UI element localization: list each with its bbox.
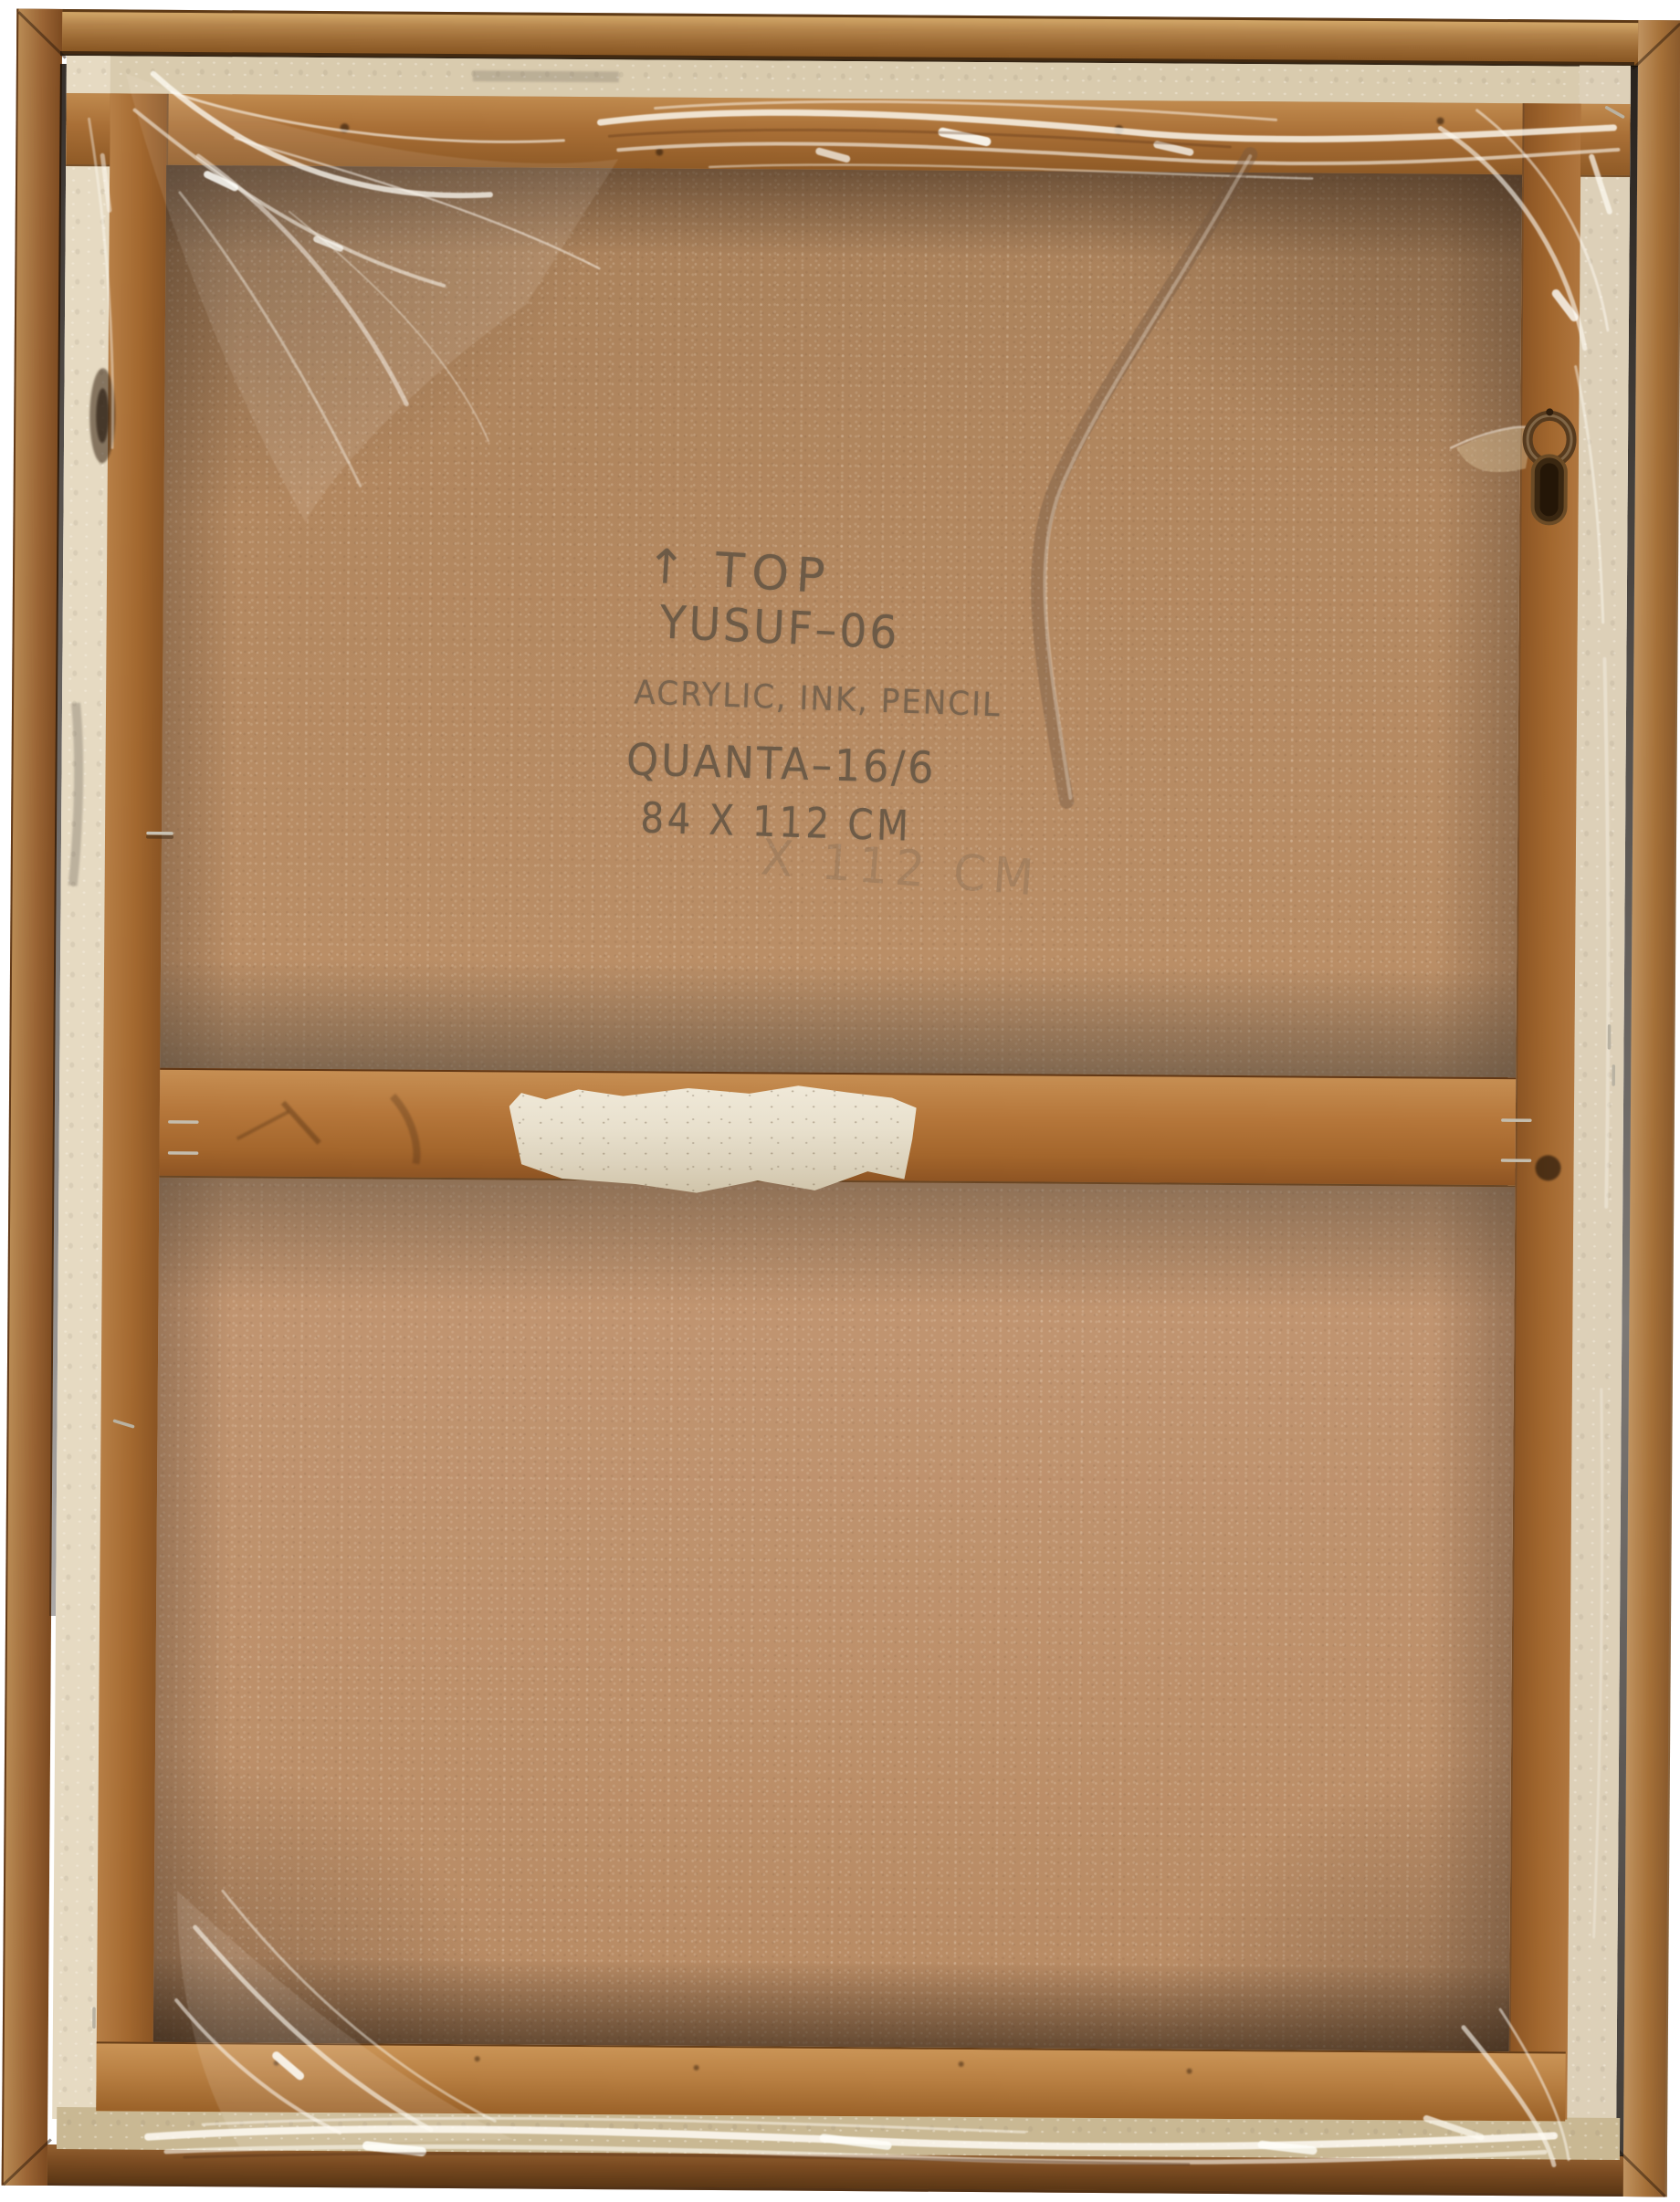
artwork-back-assembly: ↑ TOP YUSUF–06 ACRYLIC, INK, PENCIL QUAN… bbox=[2, 9, 1680, 2197]
plastic-wrap-sheets bbox=[75, 73, 1619, 2167]
plastic-wrap-and-hardware-overlay bbox=[2, 9, 1680, 2197]
d-ring-hanger bbox=[1527, 408, 1571, 523]
photo-of-framed-artwork-back: ↑ TOP YUSUF–06 ACRYLIC, INK, PENCIL QUAN… bbox=[0, 0, 1680, 2202]
